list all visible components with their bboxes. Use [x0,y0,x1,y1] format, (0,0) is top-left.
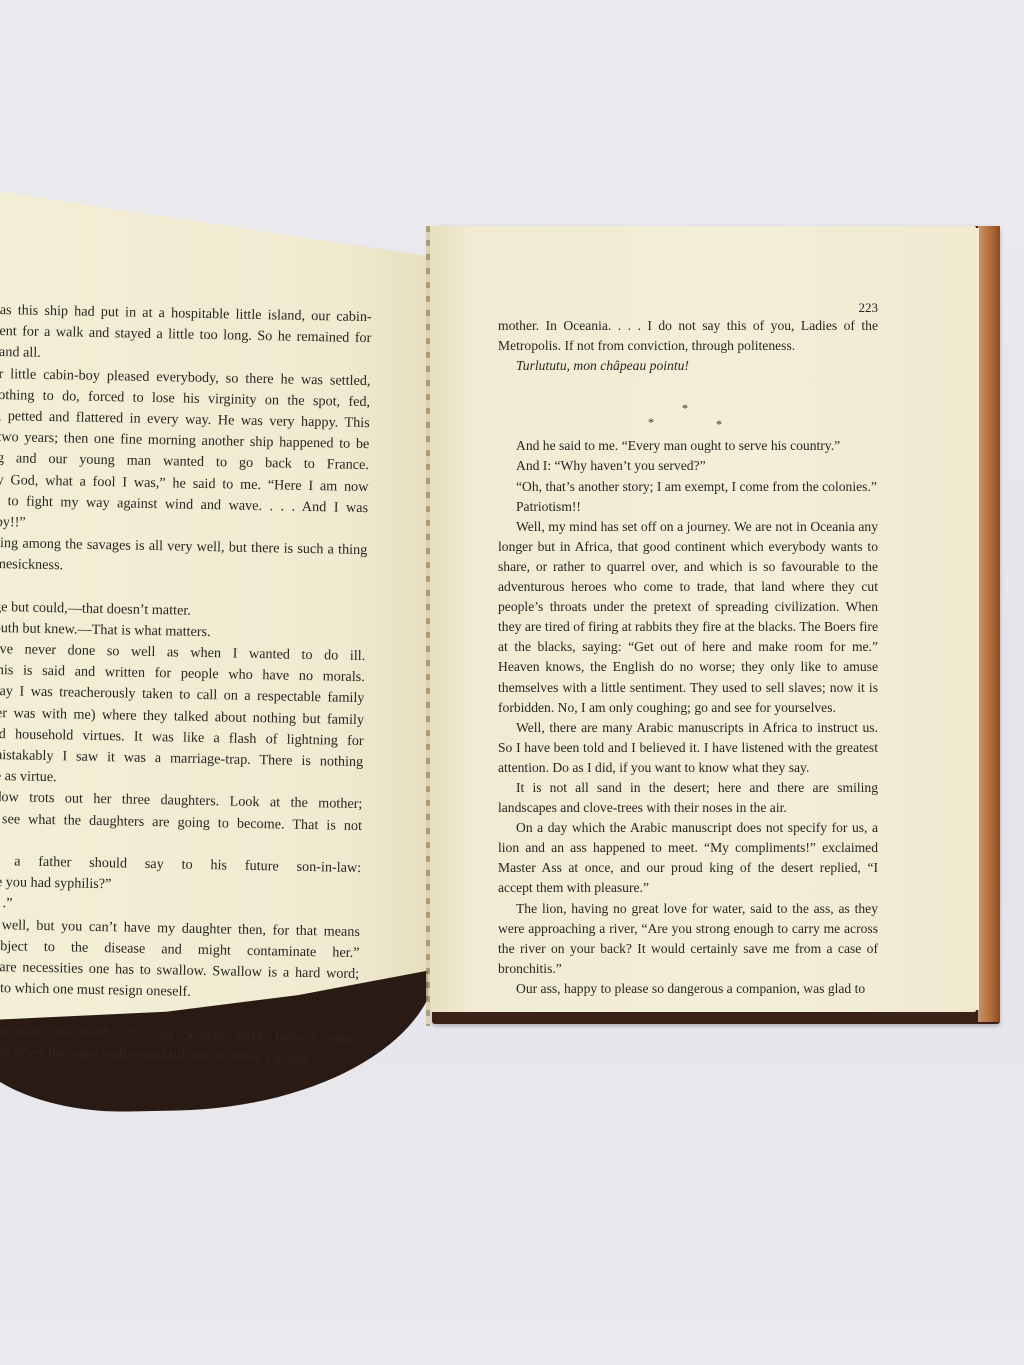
paragraph: Well, my mind has set off on a journey. … [498,517,878,718]
section-break-asterisks: * * * [498,376,878,436]
page-number: 223 [498,298,878,318]
paragraph: mother. In Oceania. . . . I do not say t… [498,316,878,356]
right-page-text: 223 mother. In Oceania. . . . I do not s… [498,298,878,999]
paragraph: It is not all sand in the desert; here a… [498,778,878,818]
asterisk: * [648,412,654,432]
italic-refrain: Turlututu, mon châpeau pointu! [498,356,878,376]
book-gutter [426,226,430,1026]
paragraph: “Oh, that’s another story; I am exempt, … [498,477,878,497]
paragraph: And I: “Why haven’t you served?” [498,456,878,476]
asterisk: * [716,414,722,434]
paragraph: And he said to me. “Every man ought to s… [498,436,878,456]
paragraph: The lion, having no great love for water… [498,899,878,979]
paragraph: Well, there are many Arabic manuscripts … [498,718,878,778]
paragraph: On a day which the Arabic manuscript doe… [498,818,878,898]
paragraph: Our ass, happy to please so dangerous a … [498,979,878,999]
left-page-text: as this ship had put in at a hospitable … [0,300,372,1070]
book-cover-edge [978,226,1000,1022]
asterisk: * [682,398,688,418]
paragraph: Patriotism!! [498,497,878,517]
